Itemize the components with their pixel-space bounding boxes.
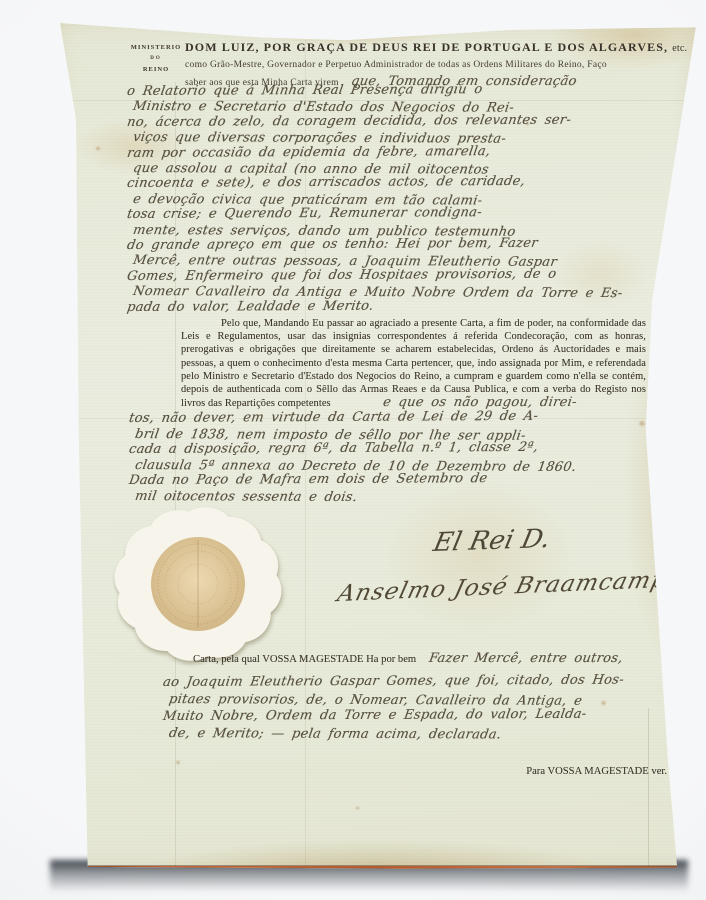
seal-emboss-center <box>151 537 245 631</box>
heading-line-2: como Grão-Mestre, Governador e Perpetuo … <box>185 60 655 70</box>
handwriting-line: tosa crise; e Querendo Eu, Remunerar con… <box>126 204 657 222</box>
handwriting-line: tos, não dever, em virtude da Carta de L… <box>128 408 659 426</box>
paper-wafer-seal <box>103 500 293 668</box>
ministry-stamp-line: DO <box>125 53 187 64</box>
handwriting-line: Muito Nobre, Ordem da Torre e Espada, do… <box>162 705 705 725</box>
ministry-stamp-line: REINO <box>125 64 187 75</box>
handwriting-line: cada a disposição, regra 6ª, da Tabella … <box>128 439 659 457</box>
handwriting-line: pada do valor, Lealdade e Merito. <box>126 297 657 315</box>
handwriting-line: do grande apreço em que os tenho: Hei po… <box>126 235 657 253</box>
footer-line: Para VOSSA MAGESTADE ver. <box>385 766 667 777</box>
minister-signature: Anselmo José Braamcamp <box>325 566 680 607</box>
handwriting-line: o Relatorio que á Minha Real Presença di… <box>126 81 657 99</box>
handwriting-line: ram por occasião da epidemia da febre, a… <box>126 143 657 161</box>
royal-signature: El Rei D. <box>383 522 601 559</box>
royal-title-text: DOM LUIZ, POR GRAÇA DE DEUS REI DE PORTU… <box>185 40 668 54</box>
handwriting-line: cincoenta e sete), e dos arriscados acto… <box>126 174 657 192</box>
handwriting-line: Dada no Paço de Mafra em dois de Setembr… <box>128 470 659 488</box>
handwriting-block-2: tos, não dever, em virtude da Carta de L… <box>129 411 657 504</box>
foxing-stain <box>355 806 360 810</box>
handwriting-line: de, e Merito; — pela forma acima, declar… <box>168 725 704 744</box>
photo-backdrop: MINISTERIO DO REINO DOM LUIZ, POR GRAÇA … <box>0 0 706 900</box>
paragraph-handwriting-continuation: e que os não pagou, direi- <box>342 396 578 409</box>
handwriting-block-1: o Relatorio que á Minha Real Presença di… <box>127 84 655 315</box>
printed-paragraph: Pelo que, Mandando Eu passar ao agraciad… <box>181 317 646 410</box>
closing-handwriting: Fazer Mercê, entre outros, <box>428 651 624 666</box>
handwriting-block-3: ao Joaquim Eleutherio Gaspar Gomes, que … <box>163 674 703 742</box>
closing-printed: Carta, pela qual VOSSA MAGESTADE Ha por … <box>193 654 416 665</box>
royal-title-etc: etc. <box>672 43 687 54</box>
foxing-stain <box>95 146 101 151</box>
document-paper: MINISTERIO DO REINO DOM LUIZ, POR GRAÇA … <box>55 18 697 872</box>
heading-line-1: DOM LUIZ, POR GRAÇA DE DEUS REI DE PORTU… <box>185 40 655 55</box>
handwriting-line: ao Joaquim Eleutherio Gaspar Gomes, que … <box>162 671 705 691</box>
handwriting-line: Gomes, Enfermeiro que foi dos Hospitaes … <box>126 266 657 284</box>
handwriting-line: no, ácerca do zelo, da coragem decidida,… <box>126 112 657 130</box>
foxing-stain <box>175 760 181 765</box>
ministry-stamp-line: MINISTERIO <box>125 42 187 53</box>
closing-line: Carta, pela qual VOSSA MAGESTADE Ha por … <box>193 651 706 666</box>
ministry-stamp: MINISTERIO DO REINO <box>125 42 187 75</box>
